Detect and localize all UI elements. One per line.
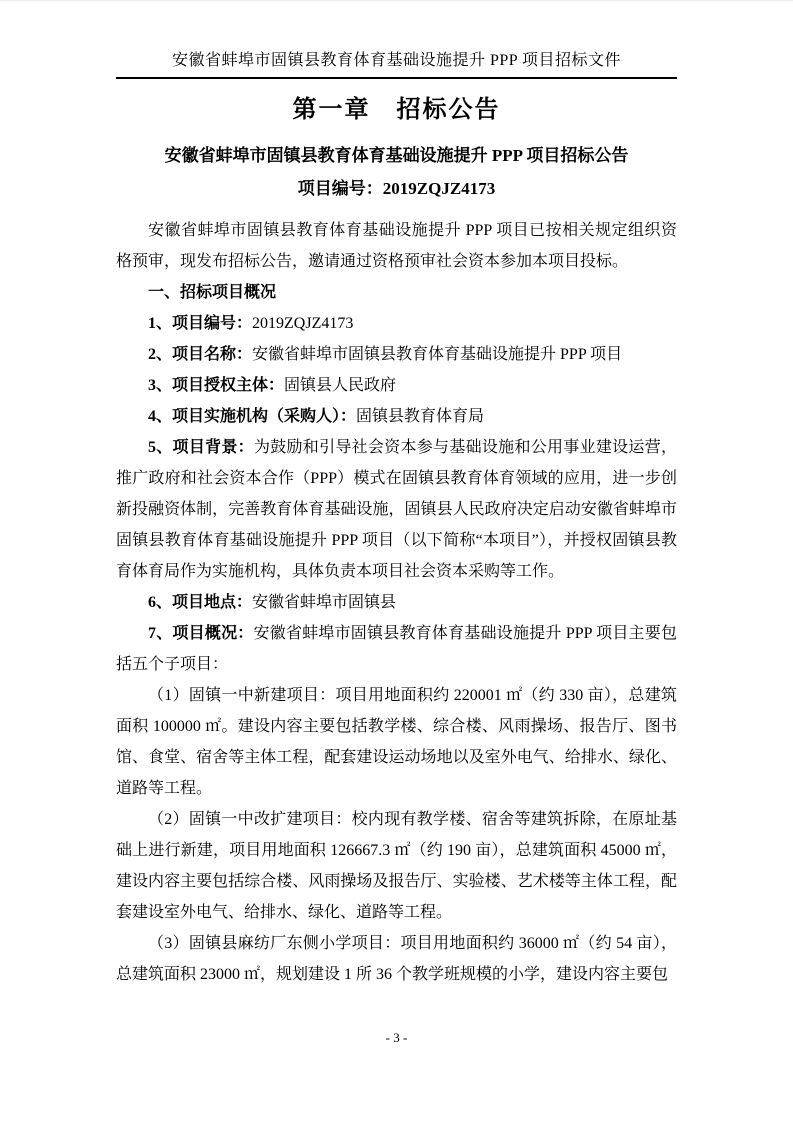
page-header: 安徽省蚌埠市固镇县教育体育基础设施提升 PPP 项目招标文件 [116,1,677,79]
item-project-location: 6、项目地点：安徽省蚌埠市固镇县 [116,587,677,618]
page-footer: - 3 - [0,1029,793,1047]
item-label: 4、项目实施机构（采购人）： [148,408,356,425]
item-value: 固镇县人民政府 [284,377,396,394]
item-project-overview: 7、项目概况：安徽省蚌埠市固镇县教育体育基础设施提升 PPP 项目主要包括五个子… [116,618,677,680]
subproject-2: （2）固镇一中改扩建项目：校内现有教学楼、宿舍等建筑拆除，在原址基础上进行新建，… [116,804,677,928]
item-value: 安徽省蚌埠市固镇县 [252,594,396,611]
item-project-background: 5、项目背景：为鼓励和引导社会资本参与基础设施和公用事业建设运营，推广政府和社会… [116,432,677,587]
item-value: 2019ZQJZ4173 [252,315,353,332]
item-label: 5、项目背景： [148,439,254,456]
item-label: 7、项目概况： [148,625,254,642]
document-body: 安徽省蚌埠市固镇县教育体育基础设施提升 PPP 项目已按相关规定组织资格预审，现… [116,215,677,990]
item-project-name: 2、项目名称：安徽省蚌埠市固镇县教育体育基础设施提升 PPP 项目 [116,339,677,370]
item-label: 1、项目编号： [148,315,252,332]
intro-paragraph: 安徽省蚌埠市固镇县教育体育基础设施提升 PPP 项目已按相关规定组织资格预审，现… [116,215,677,277]
running-title: 安徽省蚌埠市固镇县教育体育基础设施提升 PPP 项目招标文件 [172,52,621,69]
item-label: 3、项目授权主体： [148,377,284,394]
item-implementing-agency: 4、项目实施机构（采购人）：固镇县教育体育局 [116,401,677,432]
item-project-number: 1、项目编号：2019ZQJZ4173 [116,308,677,339]
page-number: - 3 - [386,1030,408,1045]
item-authorizing-body: 3、项目授权主体：固镇县人民政府 [116,370,677,401]
chapter-title: 第一章 招标公告 [116,95,677,125]
item-value: 为鼓励和引导社会资本参与基础设施和公用事业建设运营，推广政府和社会资本合作（PP… [116,439,677,580]
item-label: 6、项目地点： [148,594,252,611]
item-label: 2、项目名称： [148,346,252,363]
project-number: 项目编号：2019ZQJZ4173 [116,177,677,201]
announcement-title: 安徽省蚌埠市固镇县教育体育基础设施提升 PPP 项目招标公告 [116,144,677,168]
item-value: 固镇县教育体育局 [356,408,484,425]
document-page: 安徽省蚌埠市固镇县教育体育基础设施提升 PPP 项目招标文件 第一章 招标公告 … [0,0,793,1122]
section-heading: 一、招标项目概况 [116,277,677,308]
item-value: 安徽省蚌埠市固镇县教育体育基础设施提升 PPP 项目 [252,346,622,363]
subproject-1: （1）固镇一中新建项目：项目用地面积约 220001 ㎡（约 330 亩），总建… [116,680,677,804]
subproject-3: （3）固镇县麻纺厂东侧小学项目：项目用地面积约 36000 ㎡（约 54 亩），… [116,928,677,990]
